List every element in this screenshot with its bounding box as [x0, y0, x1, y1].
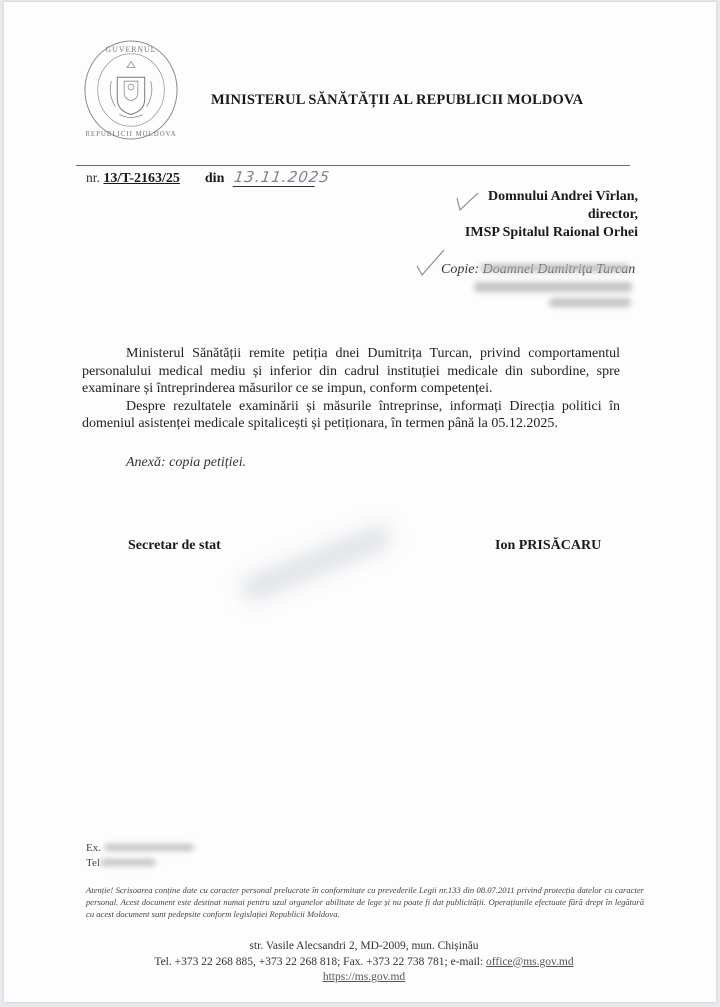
footer-address: str. Vasile Alecsandri 2, MD-2009, mun. …: [4, 939, 720, 955]
footer-contacts: Tel. +373 22 268 885, +373 22 268 818; F…: [4, 955, 720, 971]
ministry-title: MINISTERUL SĂNĂTĂȚII AL REPUBLICII MOLDO…: [211, 92, 583, 109]
letter-body: Ministerul Sănătății remite petiția dnei…: [82, 345, 620, 433]
redacted-block: [100, 859, 156, 866]
header-divider: [76, 165, 630, 166]
annex-note: Anexă: copia petiției.: [126, 455, 246, 471]
addressee-institution: IMSP Spitalul Raional Orhei: [465, 225, 638, 241]
handwritten-date: 13.11.2025: [233, 168, 318, 187]
din-label: din: [205, 171, 224, 186]
body-paragraph: Despre rezultatele examinării și măsuril…: [82, 398, 620, 433]
signatory-title: Secretar de stat: [128, 538, 221, 554]
redacted-signature: [237, 521, 395, 605]
redacted-block: [474, 282, 632, 292]
addressee-position: director,: [588, 207, 638, 223]
registration-number: 13/T-2163/25: [103, 171, 199, 187]
signatory-name: Ion PRISĂCARU: [495, 538, 601, 554]
email-link[interactable]: office@ms.gov.md: [486, 956, 574, 968]
registration-line: nr. 13/T-2163/25 din 13.11.2025: [86, 168, 316, 187]
executor-phone-label: Tel: [86, 857, 100, 869]
privacy-notice: Atenție! Scrisoarea conține date cu cara…: [86, 885, 644, 920]
checkmark-icon: [454, 190, 480, 212]
svg-text:REPUBLICII MOLDOVA: REPUBLICII MOLDOVA: [85, 131, 176, 138]
website-link[interactable]: https://ms.gov.md: [323, 971, 405, 983]
addressee-name: Domnului Andrei Vîrlan,: [488, 189, 638, 205]
footer: str. Vasile Alecsandri 2, MD-2009, mun. …: [4, 939, 720, 986]
svg-text:GUVERNUL: GUVERNUL: [106, 45, 157, 54]
redacted-block: [104, 844, 194, 851]
executor-info: Ex. Tel: [86, 841, 101, 871]
redacted-block: [549, 298, 631, 307]
document-page: GUVERNUL REPUBLICII MOLDOVA MINISTERUL S…: [4, 2, 716, 1002]
nr-label: nr.: [86, 170, 100, 185]
body-paragraph: Ministerul Sănătății remite petiția dnei…: [82, 345, 620, 398]
executor-label: Ex.: [86, 842, 101, 854]
government-seal-icon: GUVERNUL REPUBLICII MOLDOVA: [82, 38, 180, 142]
redacted-block: [480, 264, 630, 272]
